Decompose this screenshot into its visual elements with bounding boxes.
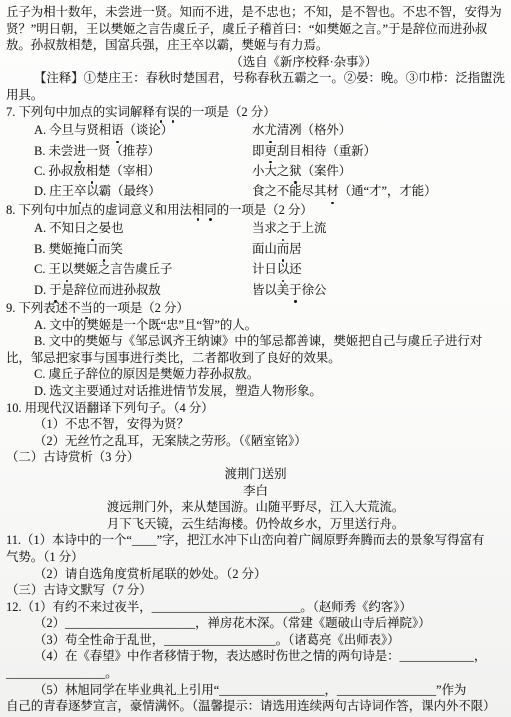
option-left: A. 今旦与贤相语（谈论） — [34, 120, 252, 140]
emphasized-char: 进 — [73, 141, 85, 161]
q9-option-b-wrap: 比，邹忌把家事与国事进行类比，二者都收到了良好的效果。 — [6, 350, 505, 367]
q11-line-wrap: 气势。（1 分） — [6, 549, 505, 566]
q9-option-d: D. 选文主要通过对话推进情节发展，塑造人物形象。 — [34, 383, 505, 400]
option-right: 小大之狱（案件） — [252, 164, 351, 178]
q12-item: （3）苟全性命于乱世，__________________。（诸葛亮《出师表》） — [34, 632, 505, 649]
q8-option-row: C. 王以樊姬之言告虞丘子计日以还 — [34, 259, 505, 279]
emphasized-char: 而 — [98, 239, 110, 259]
q8-option-row: D. 于是辞位而进孙叔敖皆以美于徐公 — [34, 280, 505, 300]
emphasized-char: 以 — [277, 259, 289, 279]
emphasized-char: 而 — [277, 239, 289, 259]
emphasized-char: 不 — [68, 300, 80, 317]
q12-item: 12.（1）有约不来过夜半，________________________。（… — [6, 599, 505, 616]
passage-line: 敖。孙叔敖相楚，国富兵强，庄王卒以霸，樊姬与有力焉。 — [6, 37, 505, 54]
q12-item: （5）林旭同学在毕业典礼上引用“_________________，______… — [34, 682, 505, 699]
poem-line: 月下飞天镜，云生结海楼。仍怜故乡水，万里送行舟。 — [6, 516, 505, 533]
option-left: B. 樊姬掩口而笑 — [34, 239, 252, 259]
q8-option-row: A. 不知日之晏也当求之于上流 — [34, 218, 505, 238]
option-right: 皆以美于徐公 — [252, 283, 326, 297]
section-heading: （二）古诗赏析（3 分） — [6, 449, 505, 466]
option-right: 计日以还 — [252, 262, 302, 276]
poem-title: 渡荆门送别 — [6, 466, 505, 483]
q10-item: （2）无丝竹之乱耳，无案牍之劳形。（《陋室铭》） — [34, 433, 505, 450]
emphasized-char: 相 — [192, 202, 204, 219]
q9-option-b: B. 文中的樊姬与《邹忌讽齐王纳谏》中的邹忌都善谏，樊姬把自己与虞丘子进行对 — [34, 333, 505, 350]
option-left: D. 庄王卒以霸（最终） — [34, 181, 252, 201]
section-heading: （三）古诗文默写（7 分） — [6, 582, 505, 599]
option-left: D. 于是辞位而进孙叔敖 — [34, 280, 252, 300]
note-line: 【注释】①楚庄王：春秋时楚国君，号称春秋五霸之一。②晏：晚。③巾栉：泛指盥洗 — [34, 70, 505, 87]
emphasized-char: 误 — [167, 104, 179, 121]
option-right: 水尤清冽（格外） — [252, 123, 351, 137]
emphasized-char: 狱 — [289, 161, 301, 181]
passage-line: 丘子为相十数年，未尝进一贤。知而不进，是不忠也；不知，是不智也。不忠不智，安得为 — [6, 4, 505, 21]
q12-item-wrap: 自己的青春逐梦宣言，豪情满怀。（温馨提示：请选用连续两句古诗词作答，课内外不限） — [6, 698, 505, 715]
q7-option-row: C. 孙叔敖相楚（宰相）小大之狱（案件） — [34, 161, 505, 181]
passage-line: 贤？”明日朝，王以樊姬之言告虞丘子，虞丘子稽首曰：“如樊姬之言。”于是辞位而进孙… — [6, 21, 505, 38]
emphasized-char: 同 — [204, 202, 216, 219]
emphasized-char: 卒 — [74, 181, 86, 201]
emphasized-char: 于 — [289, 280, 301, 300]
q8-option-row: B. 樊姬掩口而笑面山而居 — [34, 239, 505, 259]
emphasized-char: 当 — [80, 300, 92, 317]
emphasized-char: 于 — [49, 280, 61, 300]
option-left: C. 孙叔敖相楚（宰相） — [34, 161, 252, 181]
poem-author: 李白 — [6, 483, 505, 500]
q9-option-a: A. 文中的樊姬是一个既“忠”且“智”的人。 — [34, 317, 505, 334]
q7-option-row: D. 庄王卒以霸（最终）食之不能尽其材（通“才”，才能） — [34, 181, 505, 201]
emphasized-char: 语 — [111, 120, 123, 140]
option-right: 面山而居 — [252, 242, 302, 256]
q9-stem: 9. 下列表述不当的一项是（2 分） — [6, 300, 505, 317]
emphasized-char: 更 — [264, 141, 276, 161]
exam-page: 丘子为相十数年，未尝进一贤。知而不进，是不忠也；不知，是不智也。不忠不智，安得为… — [0, 0, 511, 717]
emphasized-char: 之 — [86, 218, 98, 238]
q11-item: （2）请自选角度赏析尾联的妙处。（2 分） — [34, 566, 505, 583]
q12-item: （2）_____________________，禅房花木深。（常建《题破山寺后… — [34, 615, 505, 632]
emphasized-char: 以 — [61, 259, 73, 279]
q10-item: （1）不忠不智，安得为贤？ — [34, 416, 505, 433]
emphasized-char: 之 — [277, 218, 289, 238]
q12-item: （4）在《春望》中作者移情于物，表达感时伤世之情的两句诗是：__________… — [34, 648, 505, 665]
emphasized-char: 材 — [326, 181, 338, 201]
passage-source: （选自《新序校释·杂事》） — [6, 54, 505, 71]
q7-option-row: B. 未尝进一贤（推荐）即更刮目相待（重新） — [34, 141, 505, 161]
emphasized-char: 有 — [155, 104, 167, 121]
q11-line: 11.（1）本诗中的一个“____”字，把江水冲下山峦向着广阔原野奔腾而去的景象… — [6, 532, 505, 549]
option-left: C. 王以樊姬之言告虞丘子 — [34, 259, 252, 279]
q8-stem: 8. 下列句中加点的虚词意义和用法相同的一项是（2 分） — [6, 202, 505, 219]
poem-line: 渡远荆门外，来从楚国游。山随平野尽，江入大荒流。 — [6, 499, 505, 516]
option-right: 食之不能尽其材（通“才”，才能） — [252, 184, 436, 198]
q9-option-c: C. 虞丘子辞位的原因是樊姬力荐孙叔敖。 — [34, 366, 505, 383]
q12-item-wrap: ________________。 — [6, 665, 505, 682]
option-right: 当求之于上流 — [252, 221, 326, 235]
option-left: A. 不知日之晏也 — [34, 218, 252, 238]
q10-stem: 10. 用现代汉语翻译下列句子。（4 分） — [6, 400, 505, 417]
note-line: 用具。 — [6, 87, 505, 104]
option-left: B. 未尝进一贤（推荐） — [34, 141, 252, 161]
q7-option-row: A. 今旦与贤相语（谈论）水尤清冽（格外） — [34, 120, 505, 140]
emphasized-char: 尤 — [264, 120, 276, 140]
option-right: 即更刮目相待（重新） — [252, 144, 376, 158]
q7-stem: 7. 下列句中加点的实词解释有误的一项是（2 分） — [6, 104, 505, 121]
emphasized-char: 相 — [86, 161, 98, 181]
